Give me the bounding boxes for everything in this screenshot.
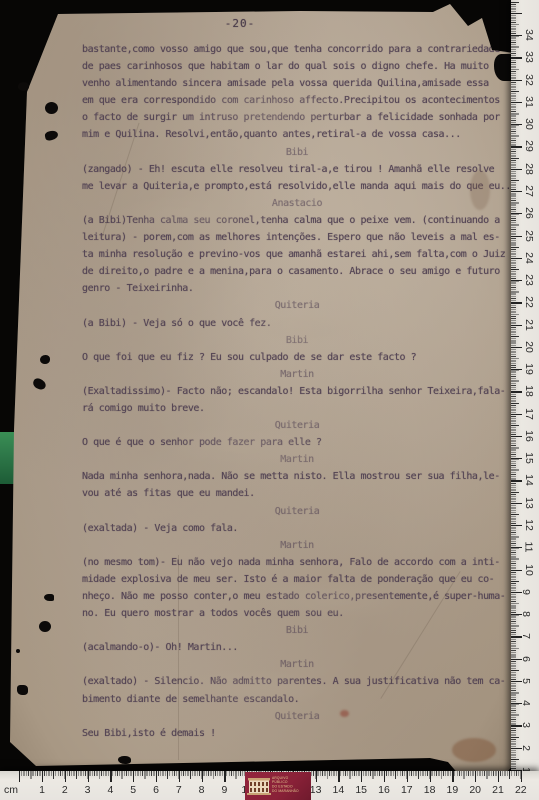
ruler-tick [511, 35, 522, 36]
ink-blot [44, 594, 54, 601]
ruler-tick [224, 771, 225, 782]
scanned-page: -20- bastante,como vosso amigo que sou,q… [0, 0, 522, 792]
script-line: (no mesmo tom)- Eu não vejo nada minha s… [82, 554, 512, 571]
ruler-number: 18 [424, 784, 436, 796]
ruler-number: 27 [523, 185, 535, 197]
ruler-tick [511, 480, 522, 481]
ruler-halfcm-ticks [511, 2, 519, 794]
ink-blot [40, 355, 50, 364]
ruler-number: 29 [523, 141, 535, 153]
speaker-heading: Anastacio [82, 195, 512, 212]
script-line: em que era correspondido com carinhoso a… [82, 92, 512, 109]
ink-blot [118, 756, 131, 764]
ruler-tick [511, 191, 522, 192]
ruler-tick [338, 771, 339, 782]
ruler-number: 14 [333, 784, 345, 796]
ruler-tick [511, 280, 522, 281]
ruler-number: 18 [523, 386, 535, 398]
ruler-number: 10 [523, 564, 535, 576]
script-line: Nada minha senhora,nada. Não se metta ni… [82, 468, 512, 485]
ruler-number: 12 [523, 519, 535, 531]
ruler-tick [511, 570, 522, 571]
ruler-tick [511, 458, 522, 459]
ruler-tick [511, 414, 522, 415]
script-line: no. Eu quero mostrar a todos vocês quem … [82, 605, 512, 622]
script-line: (exaltado) - Silencio. Não admitto paren… [82, 673, 512, 690]
speaker-heading: Quiteria [82, 417, 512, 434]
ruler-tick [498, 771, 499, 782]
script-line: bastante,como vosso amigo que sou,que te… [82, 41, 512, 58]
script-line: O que foi que eu fiz ? Eu sou culpado de… [82, 349, 512, 366]
ruler-number: 21 [492, 784, 504, 796]
ruler-unit-label: cm [4, 784, 18, 796]
ink-blot [39, 621, 51, 632]
ruler-number: 19 [447, 784, 459, 796]
speaker-heading: Martin [82, 656, 512, 673]
ruler-number: 13 [310, 784, 322, 796]
ruler-number: 19 [523, 363, 535, 375]
speaker-heading: Martin [82, 451, 512, 468]
script-line: de paes carinhosos que habitam o lar do … [82, 58, 512, 75]
speaker-heading: Quiteria [82, 297, 512, 314]
ruler-number: 4 [107, 784, 113, 796]
ink-blot [45, 102, 58, 114]
torn-edge-notch [494, 54, 512, 81]
speaker-heading: Martin [82, 537, 512, 554]
ruler-number: 5 [130, 784, 136, 796]
ruler-tick [133, 771, 134, 782]
script-line: vou até as fitas que eu mandei. [82, 485, 512, 502]
ruler-number: 17 [523, 408, 535, 420]
ruler-number: 15 [523, 452, 535, 464]
script-line: (a Bibi) - Veja só o que você fez. [82, 315, 512, 332]
ruler-tick [88, 771, 89, 782]
ruler-tick [511, 391, 522, 392]
ruler-number: 8 [199, 784, 205, 796]
ruler-number: 30 [523, 118, 535, 130]
typewritten-text: bastante,como vosso amigo que sou,que te… [82, 41, 512, 742]
ruler-number: 14 [523, 475, 535, 487]
ruler-tick [511, 436, 522, 437]
script-line: o facto de surgir um intruso pretendendo… [82, 109, 512, 126]
stain [340, 710, 349, 717]
ruler-tick [511, 325, 522, 326]
script-line: Seu Bibi,isto é demais ! [82, 725, 512, 742]
ruler-number: 7 [520, 633, 532, 639]
speaker-heading: Bibi [82, 332, 512, 349]
ruler-number: 11 [522, 542, 534, 553]
script-line: (zangado) - Eh! escuta elle resolveu tir… [82, 161, 512, 178]
page-number: -20- [205, 17, 275, 30]
script-line: de direito,o padre e a menina,para o cas… [82, 263, 512, 280]
speaker-heading: Quiteria [82, 708, 512, 725]
green-tab [0, 432, 15, 484]
ruler-tick [179, 771, 180, 782]
archive-stamp: ARQUIVO PÚBLICO DO ESTADO DO MARANHÃO [245, 772, 311, 800]
ruler-number: 6 [153, 784, 159, 796]
ruler-number: 22 [515, 784, 527, 796]
ruler-tick [511, 236, 522, 237]
ruler-tick [19, 771, 20, 782]
ruler-number: 16 [523, 430, 535, 442]
ruler-number: 17 [401, 784, 413, 796]
ruler-tick [511, 13, 522, 14]
ruler-number: 25 [523, 230, 535, 242]
script-line: mim e Quilina. Resolvi,então,quanto ante… [82, 126, 512, 143]
script-line: ta minha resolução e previno-vos que ama… [82, 246, 512, 263]
ruler-tick [511, 102, 522, 103]
ruler-number: 20 [523, 341, 535, 353]
ruler-tick [361, 771, 362, 782]
ruler-tick [511, 57, 522, 58]
crease-line [178, 555, 179, 760]
ruler-tick [430, 771, 431, 782]
ruler-tick [511, 80, 522, 81]
ruler-tick [42, 771, 43, 782]
ruler-number: 34 [523, 29, 535, 41]
script-line: me levar a Quiteria,e prompto,está resol… [82, 178, 512, 195]
script-line: venho alimentando sincera amisade pela v… [82, 75, 512, 92]
script-line: genro - Teixeirinha. [82, 280, 512, 297]
ruler-number: 2 [520, 745, 532, 751]
script-line: rá comigo muito breve. [82, 400, 512, 417]
speaker-heading: Bibi [82, 622, 512, 639]
archive-stamp-text: ARQUIVO PÚBLICO DO ESTADO DO MARANHÃO [272, 776, 311, 794]
script-line: bimento diante de semelhante escandalo. [82, 691, 512, 708]
bottom-ruler: cm ARQUIVO PÚBLICO DO ESTADO DO MARANHÃO… [0, 771, 539, 800]
ruler-tick [65, 771, 66, 782]
scan-canvas: { "scan": { "page_number": "-20-", "bloc… [0, 0, 539, 800]
ruler-number: 16 [378, 784, 390, 796]
ruler-number: 3 [520, 723, 532, 729]
ruler-tick [156, 771, 157, 782]
speaker-heading: Quiteria [82, 503, 512, 520]
archive-building-icon [247, 775, 271, 797]
ruler-number: 28 [523, 163, 535, 175]
ruler-number: 5 [520, 678, 532, 684]
ruler-tick [511, 169, 522, 170]
ruler-number: 21 [523, 319, 535, 331]
ruler-tick [407, 771, 408, 782]
ruler-tick [511, 525, 522, 526]
script-line: (a Bibi)Tenha calma seu coronel,tenha ca… [82, 212, 512, 229]
ruler-number: 15 [355, 784, 367, 796]
ruler-tick [511, 146, 522, 147]
ruler-tick [110, 771, 111, 782]
ruler-number: 8 [520, 611, 532, 617]
ruler-number: 3 [85, 784, 91, 796]
stain [470, 170, 490, 210]
ruler-tick [521, 771, 522, 782]
script-line: (exaltada) - Veja como fala. [82, 520, 512, 537]
ruler-tick [384, 771, 385, 782]
ruler-tick [511, 213, 522, 214]
ink-blot [17, 685, 28, 695]
ruler-number: 22 [523, 296, 535, 308]
ruler-tick [511, 347, 522, 348]
ruler-number: 32 [523, 74, 535, 86]
ink-blot [16, 649, 20, 653]
ruler-number: 20 [469, 784, 481, 796]
ruler-tick [475, 771, 476, 782]
ruler-tick [511, 302, 522, 303]
ruler-tick [452, 771, 453, 782]
right-ruler: cm 1234567891011121314151617181920212223… [511, 0, 539, 800]
ruler-number: 31 [523, 96, 535, 108]
ruler-number: 33 [523, 52, 535, 64]
ruler-number: 24 [523, 252, 535, 264]
script-line: (acalmando-o)- Oh! Martin... [82, 639, 512, 656]
ruler-tick [316, 771, 317, 782]
stamp-line: DO MARANHÃO [272, 789, 311, 793]
ruler-number: 9 [520, 589, 532, 595]
ruler-number: 7 [176, 784, 182, 796]
ruler-number: 6 [520, 656, 532, 662]
script-line: (Exaltadissimo)- Facto não; escandalo! E… [82, 383, 512, 400]
script-line: O que é que o senhor pode fazer para ell… [82, 434, 512, 451]
ruler-number: 13 [523, 497, 535, 509]
ruler-tick [511, 124, 522, 125]
ruler-number: 2 [62, 784, 68, 796]
ruler-tick [202, 771, 203, 782]
ruler-number: 23 [523, 274, 535, 286]
ruler-number: 4 [520, 700, 532, 706]
ruler-tick [511, 503, 522, 504]
speaker-heading: Bibi [82, 144, 512, 161]
ruler-tick [511, 258, 522, 259]
script-line: midade explosiva de meu ser. Isto é a ma… [82, 571, 512, 588]
ruler-tick [511, 547, 522, 548]
ruler-number: 9 [221, 784, 227, 796]
ruler-number: 1 [39, 784, 45, 796]
script-line: leitura) - porem,com as melhores intençõ… [82, 229, 512, 246]
ruler-number: 26 [523, 207, 535, 219]
speaker-heading: Martin [82, 366, 512, 383]
stain [452, 738, 496, 762]
ruler-tick [511, 369, 522, 370]
